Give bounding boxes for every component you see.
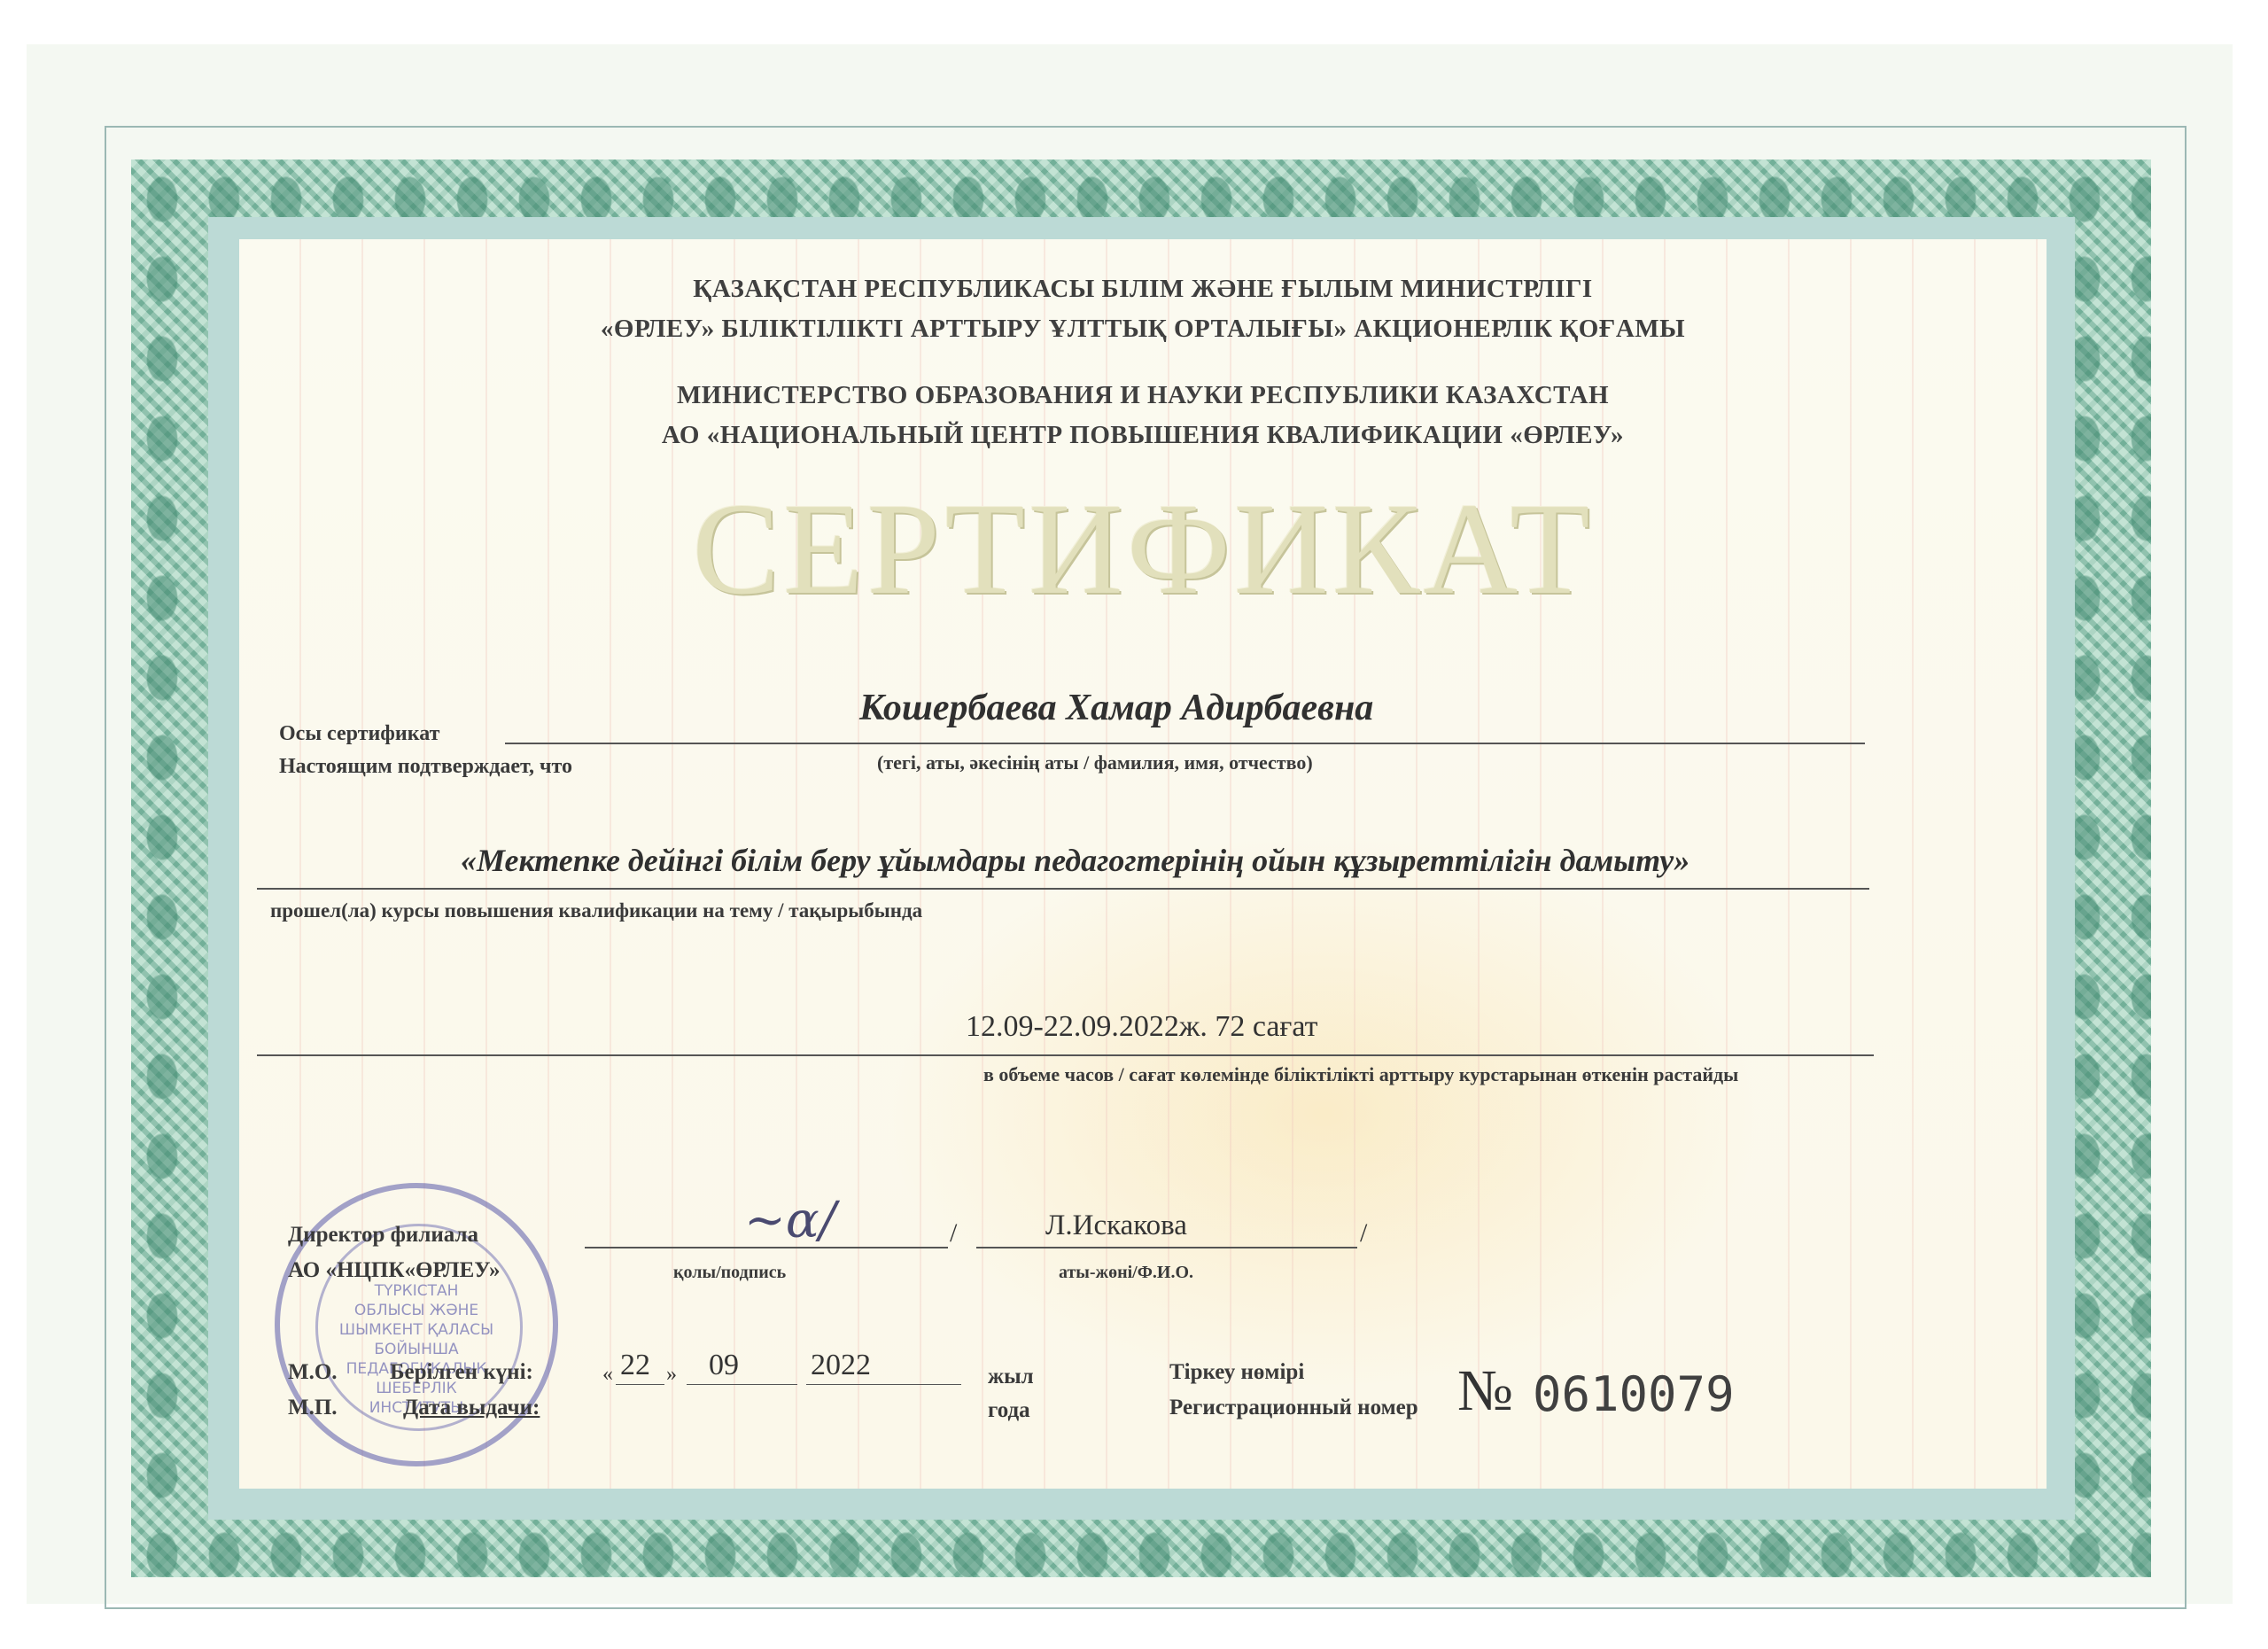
signature: ~ɑ/: [744, 1192, 836, 1249]
day-line: [616, 1384, 664, 1385]
certificate-sheet: ҚАЗАҚСТАН РЕСПУБЛИКАСЫ БІЛІМ ЖӘНЕ ҒЫЛЫМ …: [27, 44, 2233, 1604]
course-duration: 12.09-22.09.2022ж. 72 сағат: [966, 1010, 1317, 1044]
signatory-name-line: [976, 1247, 1357, 1248]
issue-label-ru: Дата выдачи:: [403, 1396, 540, 1420]
signature-line: [585, 1247, 948, 1248]
slash-divider-end: /: [1360, 1218, 1367, 1248]
duration-line: [257, 1054, 1874, 1056]
signatory-name-caption: аты-жөні/Ф.И.О.: [1059, 1263, 1193, 1283]
year-line: [806, 1384, 961, 1385]
course-caption: прошел(ла) курсы повышения квалификации …: [270, 899, 922, 922]
signatory-role-line1: Директор филиала: [288, 1223, 478, 1248]
signatory-name: Л.Искакова: [1045, 1210, 1187, 1242]
recipient-name-line: [505, 743, 1865, 744]
registration-label-ru: Регистрационный номер: [1169, 1396, 1418, 1420]
registration-label-kz: Тіркеу нөмірі: [1169, 1360, 1304, 1385]
year-word-kz: жыл: [988, 1365, 1034, 1389]
number-sign: №: [1457, 1357, 1513, 1425]
recipient-label-kz: Осы сертификат: [279, 722, 439, 746]
registration-number: 0610079: [1533, 1366, 1735, 1422]
quote-open: «: [602, 1363, 613, 1387]
header-ru-line1: МИНИСТЕРСТВО ОБРАЗОВАНИЯ И НАУКИ РЕСПУБЛ…: [239, 381, 2047, 410]
signatory-role-line2: АО «НЦПК«ӨРЛЕУ»: [288, 1258, 501, 1283]
header-ru-line2: АО «НАЦИОНАЛЬНЫЙ ЦЕНТР ПОВЫШЕНИЯ КВАЛИФИ…: [239, 421, 2047, 450]
course-topic-line: [257, 888, 1869, 890]
mo-label-ru: М.П.: [288, 1396, 338, 1420]
issue-day: 22: [620, 1349, 650, 1382]
recipient-name: Кошербаева Хамар Адирбаевна: [859, 687, 1373, 729]
year-word-ru: года: [988, 1398, 1030, 1423]
stamp-text-line: БОЙЫНША: [280, 1340, 553, 1359]
stamp-text-line: ШЫМКЕНТ ҚАЛАСЫ: [280, 1320, 553, 1340]
stamp-text-line: ТҮРКІСТАН: [280, 1281, 553, 1301]
slash-divider: /: [950, 1218, 957, 1248]
issue-label-kz: Берілген күні:: [390, 1360, 533, 1385]
issue-year: 2022: [811, 1349, 871, 1382]
mo-label-kz: М.О.: [288, 1360, 338, 1385]
month-line: [687, 1384, 797, 1385]
stamp-text-line: ОБЛЫСЫ ЖӘНЕ: [280, 1301, 553, 1320]
signature-caption: қолы/подпись: [673, 1263, 786, 1283]
quote-close: »: [666, 1363, 677, 1387]
recipient-label-ru: Настоящим подтверждает, что: [279, 755, 572, 779]
recipient-caption: (тегі, аты, әкесінің аты / фамилия, имя,…: [877, 751, 1313, 774]
duration-caption: в объеме часов / сағат көлемінде білікті…: [983, 1063, 1738, 1086]
header-kz-line1: ҚАЗАҚСТАН РЕСПУБЛИКАСЫ БІЛІМ ЖӘНЕ ҒЫЛЫМ …: [239, 275, 2047, 304]
certificate-body: ҚАЗАҚСТАН РЕСПУБЛИКАСЫ БІЛІМ ЖӘНЕ ҒЫЛЫМ …: [239, 239, 2047, 1489]
header-kz-line2: «ӨРЛЕУ» БІЛІКТІЛІКТІ АРТТЫРУ ҰЛТТЫҚ ОРТА…: [239, 315, 2047, 344]
certificate-title: СЕРТИФИКАТ: [239, 474, 2047, 625]
issue-month: 09: [709, 1349, 739, 1382]
course-topic: «Мектепке дейінгі білім беру ұйымдары пе…: [461, 842, 1689, 879]
